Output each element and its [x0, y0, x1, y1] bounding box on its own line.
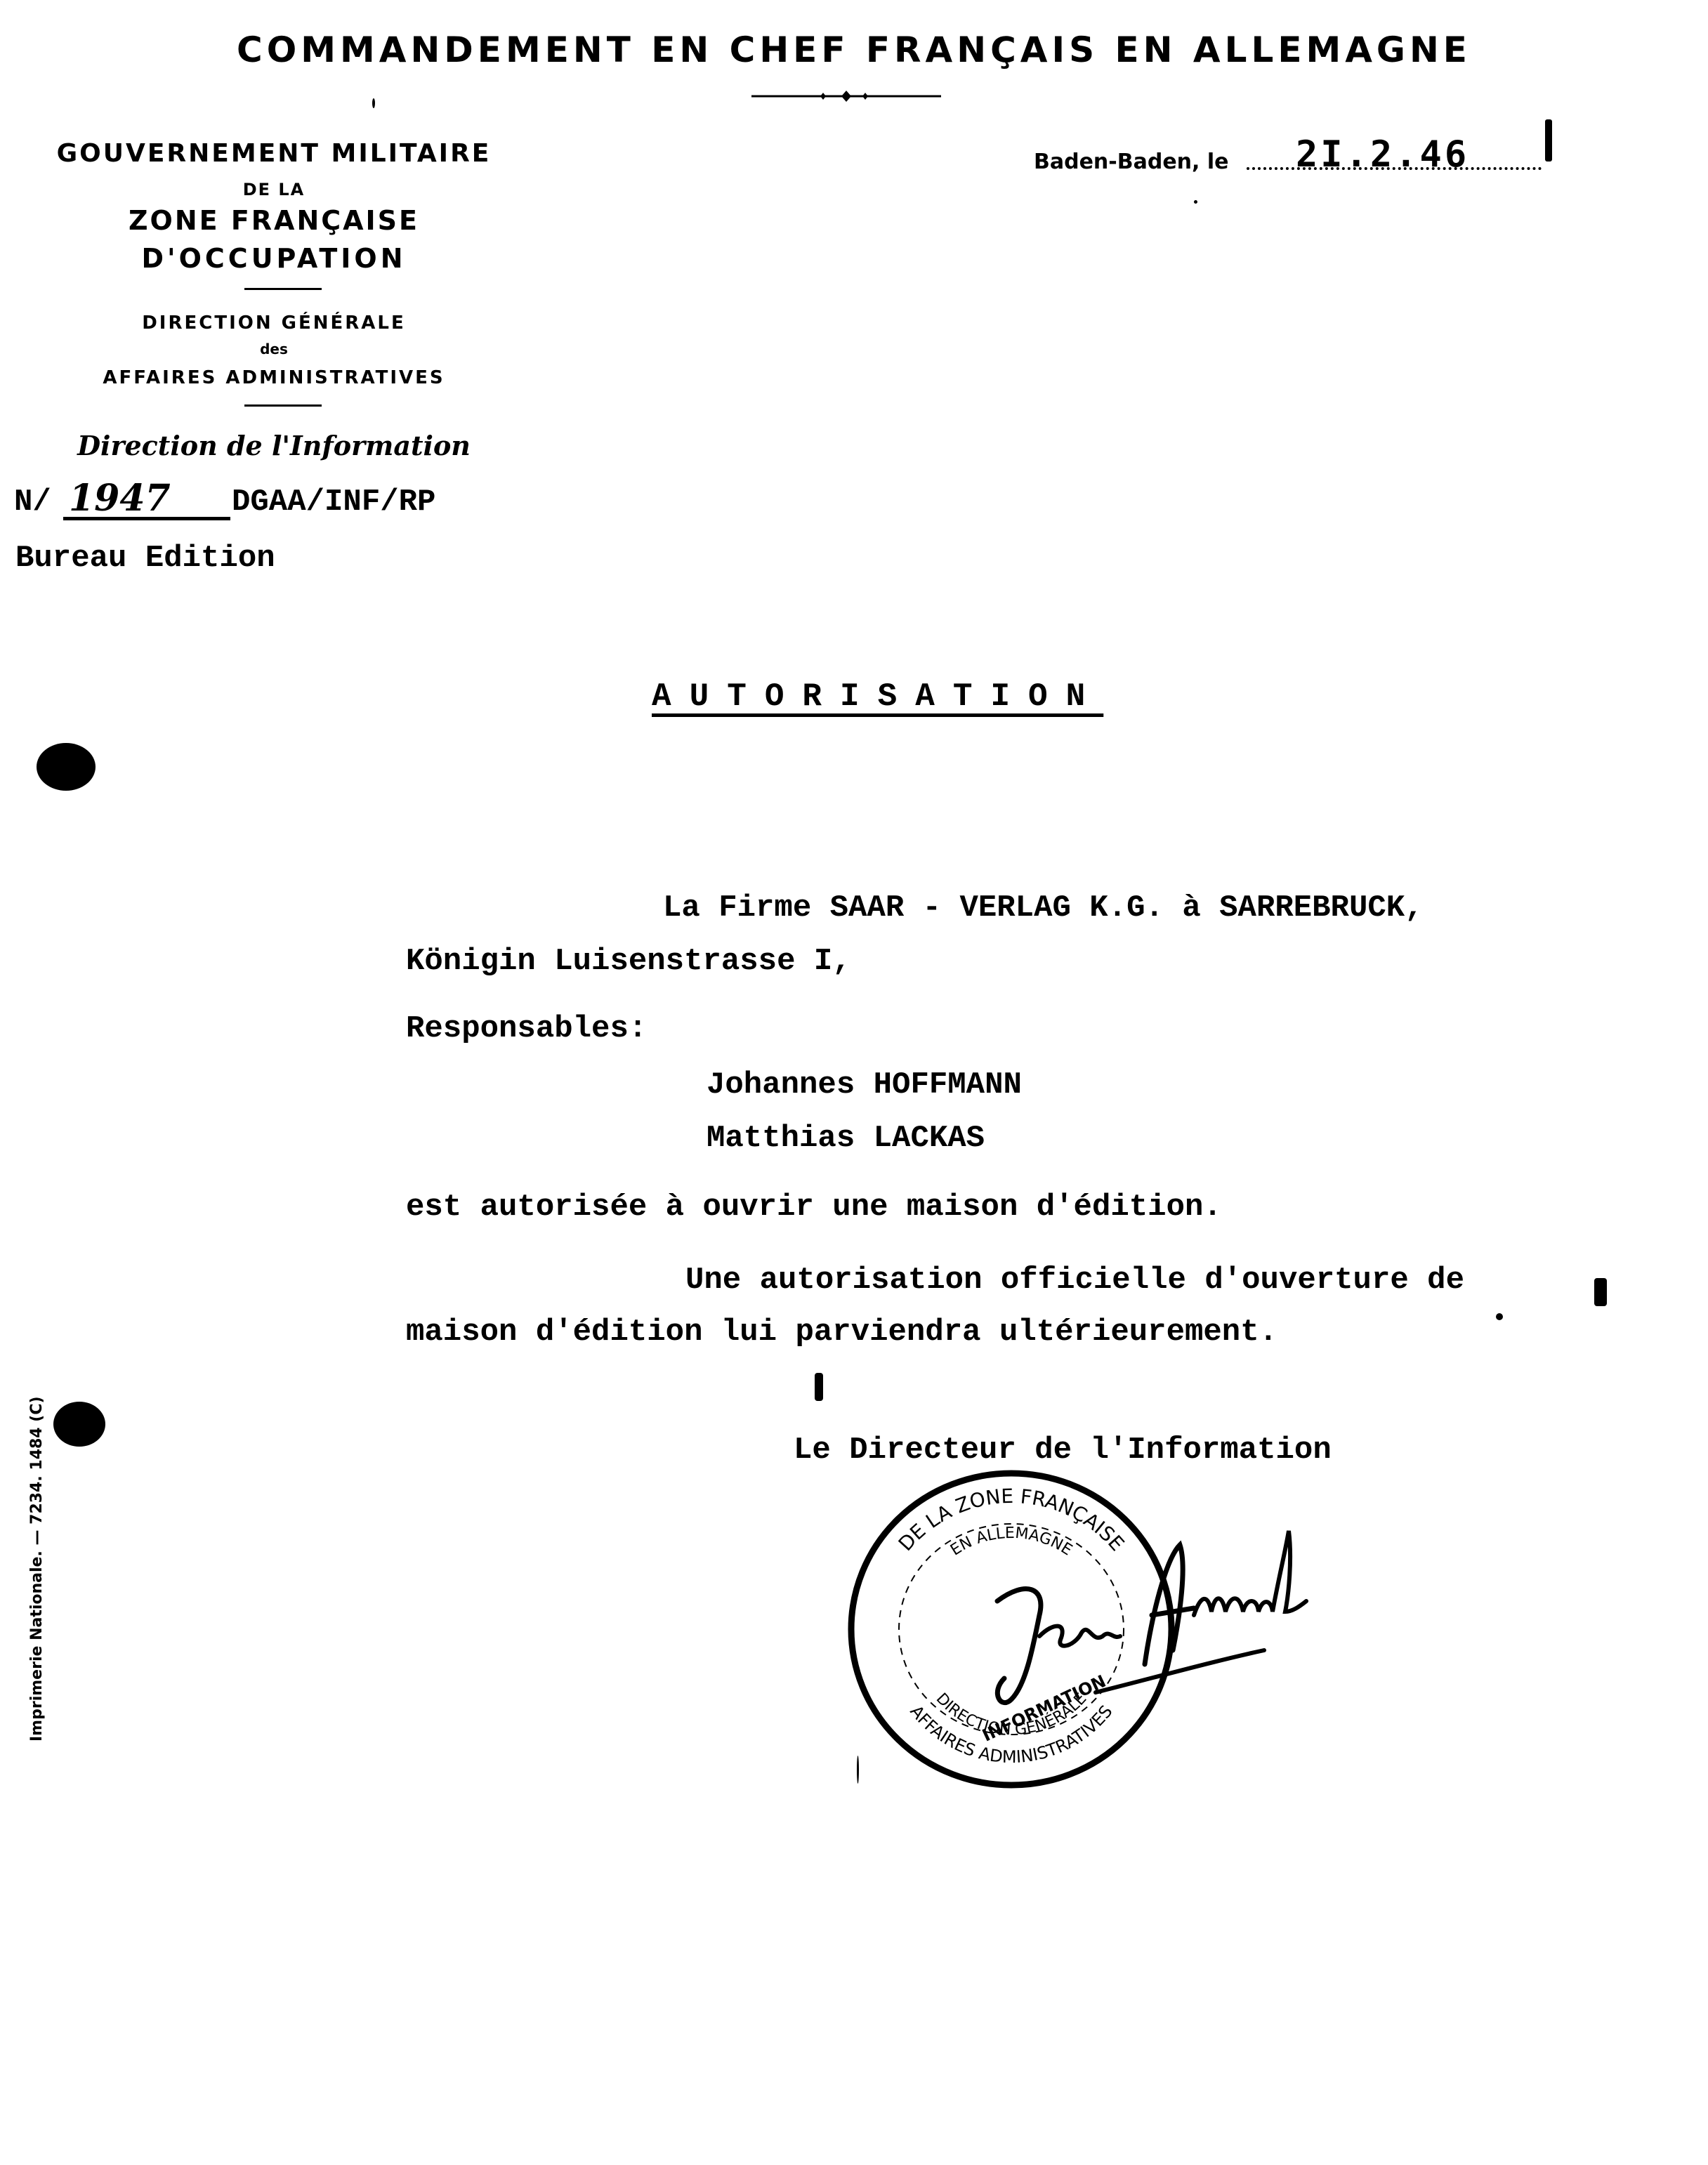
notice-line: Une autorisation officielle d'ouverture … [685, 1263, 1464, 1298]
date-value: 2I.2.46 [1296, 133, 1469, 176]
letterhead-line: GOUVERNEMENT MILITAIRE [42, 139, 506, 168]
firm-line: La Firme SAAR - VERLAG K.G. à SARREBRUCK… [663, 890, 1424, 926]
letterhead-line: D'OCCUPATION [42, 243, 506, 274]
document-title: AUTORISATION [652, 678, 1103, 715]
letterhead-line: DE LA [42, 180, 506, 199]
letterhead-line: des [42, 341, 506, 357]
reference-prefix: N/ [14, 485, 51, 520]
notice-line: maison d'édition lui parviendra ultérieu… [406, 1315, 1277, 1350]
letterhead-line: AFFAIRES ADMINISTRATIVES [42, 367, 506, 388]
scan-speck [1194, 200, 1197, 204]
reference-suffix: DGAA/INF/RP [232, 485, 435, 520]
responsables-label: Responsables: [406, 1011, 647, 1046]
printer-mark: Imprimerie Nationale. — 7234. 1484 (C) [28, 1396, 46, 1742]
responsible-person: Matthias LACKAS [707, 1121, 985, 1156]
ornamental-rule-icon [751, 90, 941, 103]
date-label: Baden-Baden, le [1034, 150, 1229, 174]
headline: COMMANDEMENT EN CHEF FRANÇAIS EN ALLEMAG… [0, 29, 1708, 70]
reference-number: 1947 [63, 480, 230, 520]
punch-hole [53, 1402, 105, 1447]
scan-speck [1496, 1313, 1503, 1320]
scan-speck [1545, 119, 1552, 162]
divider [244, 404, 322, 407]
scan-speck [372, 98, 375, 108]
bureau-label: Bureau Edition [15, 541, 275, 576]
responsible-person: Johannes HOFFMANN [707, 1067, 1022, 1103]
punch-hole [37, 743, 96, 791]
authorization-statement: est autorisée à ouvrir une maison d'édit… [406, 1190, 1222, 1225]
scan-speck [857, 1756, 859, 1784]
scan-speck [1594, 1278, 1607, 1306]
scan-speck [815, 1373, 823, 1401]
letterhead-line: DIRECTION GÉNÉRALE [42, 312, 506, 334]
divider [244, 288, 322, 290]
office-name: Direction de l'Information [42, 430, 506, 461]
address-line: Königin Luisenstrasse I, [406, 944, 851, 979]
letterhead-line: ZONE FRANÇAISE [42, 205, 506, 236]
handwritten-signature-icon [969, 1517, 1334, 1742]
